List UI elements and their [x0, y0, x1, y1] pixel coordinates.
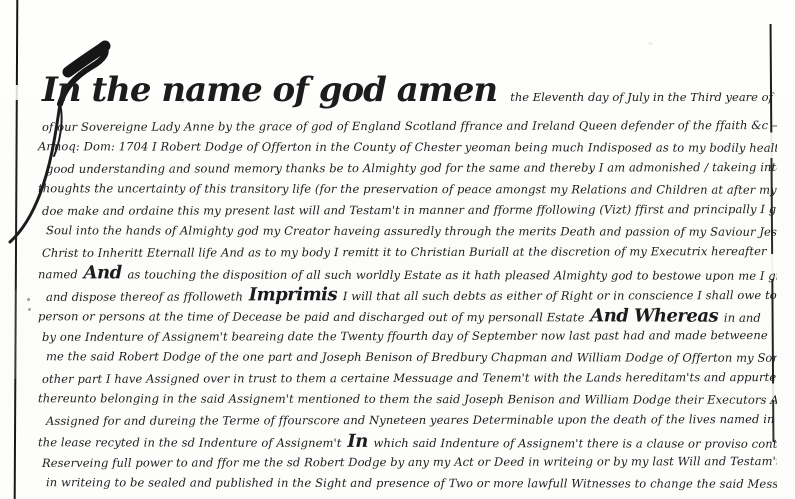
manuscript-text: the lease recyted in the sd Indenture of… [38, 435, 345, 450]
manuscript-text: as touching the disposition of all such … [124, 267, 777, 282]
display-word: And [82, 262, 124, 283]
scan-smudge [27, 298, 30, 301]
manuscript-line: Assigned for and dureing the Terme of ff… [30, 409, 777, 432]
scan-smudge [648, 42, 653, 45]
manuscript-line: Soul into the hands of Almighty god my C… [30, 220, 777, 243]
manuscript-line: me the said Robert Dodge of the one part… [30, 346, 777, 369]
manuscript-lines: of our Sovereigne Lady Anne by the grace… [30, 116, 777, 494]
manuscript-text: other part I have Assigned over in trust… [42, 370, 777, 386]
manuscript-text: and dispose thereof as ffolloweth [46, 289, 247, 304]
manuscript-line: of our Sovereigne Lady Anne by the grace… [30, 115, 777, 138]
manuscript-line: in writeing to be sealed and published i… [30, 472, 777, 495]
manuscript-text: person or persons at the time of Decease… [38, 309, 588, 324]
manuscript-line: and dispose thereof as ffolloweth Imprim… [30, 283, 777, 306]
manuscript-text: me the said Robert Dodge of the one part… [46, 349, 777, 365]
manuscript-text: of our Sovereigne Lady Anne by the grace… [42, 118, 777, 134]
opening-line: In the name of god amen the Eleventh day… [30, 64, 777, 116]
manuscript-text: Assigned for and dureing the Terme of ff… [46, 412, 775, 428]
manuscript-text: by one Indenture of Assignem't beareing … [42, 328, 768, 344]
manuscript-text: Annoq: Dom: 1704 I Robert Dodge of Offer… [38, 139, 777, 155]
manuscript-text: in writeing to be sealed and published i… [46, 475, 777, 491]
manuscript-line: Reserveing full power to and ffor me the… [30, 451, 777, 474]
scan-smudge [181, 100, 185, 103]
manuscript-text: I will that all such debts as either of … [339, 288, 777, 303]
opening-continuation-text: the Eleventh day of July in the Third ye… [510, 90, 777, 104]
manuscript-line: thereunto belonging in the said Assignem… [30, 388, 777, 411]
manuscript-text-block: In the name of god amen the Eleventh day… [30, 64, 777, 494]
display-word: In [345, 431, 370, 452]
manuscript-line: Christ to Inheritt Eternall life And as … [30, 241, 777, 264]
manuscript-line: good understanding and sound memory than… [30, 157, 777, 180]
manuscript-line: Annoq: Dom: 1704 I Robert Dodge of Offer… [30, 136, 777, 159]
display-word: Imprimis [247, 284, 339, 305]
opening-large-text: In the name of god amen [42, 70, 497, 110]
manuscript-text: Christ to Inheritt Eternall life And as … [42, 244, 767, 260]
manuscript-line: doe make and ordaine this my present las… [30, 199, 777, 222]
manuscript-text: in and [720, 311, 761, 325]
display-word: And Whereas [588, 305, 720, 326]
manuscript-text: doe make and ordaine this my present las… [42, 202, 777, 218]
manuscript-line: thoughts the uncertainty of this transit… [30, 178, 777, 201]
manuscript-text: thereunto belonging in the said Assignem… [38, 391, 777, 407]
manuscript-line: by one Indenture of Assignem't beareing … [30, 325, 777, 348]
manuscript-text: named [38, 267, 82, 281]
manuscript-line: the lease recyted in the sd Indenture of… [30, 430, 777, 453]
manuscript-text: Reserveing full power to and ffor me the… [42, 454, 777, 470]
manuscript-page: In the name of god amen the Eleventh day… [0, 0, 795, 499]
manuscript-line: person or persons at the time of Decease… [30, 304, 777, 327]
manuscript-text: good understanding and sound memory than… [46, 160, 777, 176]
manuscript-text: which said Indenture of Assignem't there… [370, 436, 777, 451]
manuscript-line: named And as touching the disposition of… [30, 262, 777, 285]
manuscript-text: Soul into the hands of Almighty god my C… [46, 223, 777, 239]
manuscript-line: other part I have Assigned over in trust… [30, 367, 777, 390]
manuscript-text: thoughts the uncertainty of this transit… [38, 181, 777, 197]
